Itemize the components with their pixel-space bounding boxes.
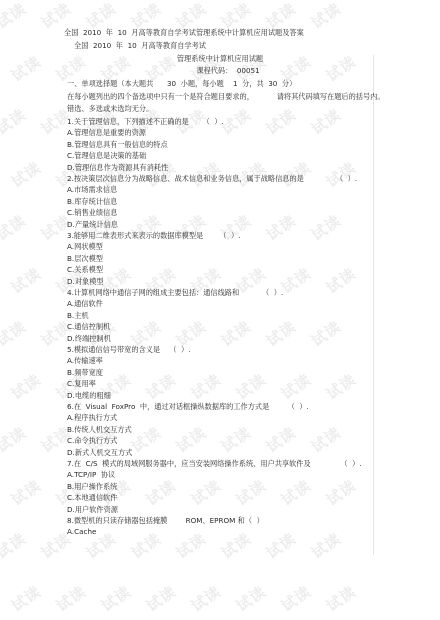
question-stem: 5.模拟通信信号带宽的含义是 （ ）. (67, 345, 190, 354)
question-option: A.Cache (67, 527, 96, 536)
question-option: C.关系模型 (67, 265, 103, 274)
question-option: D.电缆的粗细 (67, 391, 111, 400)
question-option: D.终端控制机 (67, 334, 111, 343)
question-option: D.产量统计信息 (67, 220, 118, 229)
question-option: C.复用率 (67, 379, 96, 388)
question-option: C.命令执行方式 (67, 436, 117, 445)
question-option: D.新式人机交互方式 (67, 448, 132, 457)
question-option: A.通信软件 (67, 299, 103, 308)
question-option: B.频带宽度 (67, 368, 103, 377)
question-stem: 6.在 Visual FoxPro 中，通过对话框操纵数据库的工作方式是 （ ）… (67, 402, 309, 411)
question-option: D.对象模型 (67, 277, 104, 286)
section-header: 一、单项选择题（本大题共 30 小题，每小题 1 分，共 30 分） (67, 79, 296, 88)
document-title: 全国 2010 年 10 月高等教育自学考试管理系统中计算机应用试题及答案 (64, 28, 304, 37)
course-code: 课程代码： 00051 (0, 66, 440, 75)
question-stem: 2.按决策层次信息分为战略信息、战术信息和业务信息，属于战略信息的是 （ ）. (67, 174, 357, 183)
question-option: A.TCP/IP 协议 (67, 470, 115, 479)
document-page: 全国 2010 年 10 月高等教育自学考试管理系统中计算机应用试题及答案 全国… (0, 0, 440, 620)
question-option: A.管理信息是重要的资源 (67, 128, 146, 137)
instructions-line-2: 错选、多选或未选均无分。 (67, 104, 153, 113)
question-option: C.本地通信软件 (67, 493, 117, 502)
question-option: A.传输速率 (67, 356, 103, 365)
question-option: A.市场需求信息 (67, 185, 117, 194)
question-option: C.销售业绩信息 (67, 208, 117, 217)
question-stem: 8.微型机的只读存储器包括掩膜 ROM、EPROM 和（ ） (67, 516, 264, 525)
question-stem: 3.能够用二维表形式来表示的数据库模型是 （ ）. (67, 231, 240, 240)
question-option: A.程序执行方式 (67, 413, 117, 422)
question-option: B.用户操作系统 (67, 482, 117, 491)
question-option: C.通信控制机 (67, 322, 110, 331)
question-option: C.管理信息是决策的基础 (67, 151, 146, 160)
question-option: B.传统人机交互方式 (67, 425, 132, 434)
question-option: A.网状模型 (67, 242, 103, 251)
question-option: D.管理信息作为资源具有消耗性 (67, 163, 168, 172)
exam-name: 管理系统中计算机应用试题 (0, 54, 440, 63)
question-option: D.用户软件资源 (67, 505, 118, 514)
question-stem: 1.关于管理信息，下列描述不正确的是 （ ）. (67, 117, 224, 126)
question-option: B.管理信息具有一般信息的特点 (67, 140, 168, 149)
question-option: B.层次模型 (67, 254, 103, 263)
instructions-line-1: 在每小题列出的四个备选项中只有一个是符合题目要求的， 请将其代码填写在题后的括号… (67, 92, 385, 101)
question-stem: 4.计算机网络中通信子网的组成主要包括：通信线路和 （ ）. (67, 288, 283, 297)
question-option: B.主机 (67, 311, 89, 320)
question-stem: 7.在 C/S 模式的局域网服务器中，应当安装网络操作系统、用户共享软件及 （ … (67, 459, 362, 468)
question-option: B.库存统计信息 (67, 197, 117, 206)
document-subtitle: 全国 2010 年 10 月高等教育自学考试 (74, 41, 206, 50)
